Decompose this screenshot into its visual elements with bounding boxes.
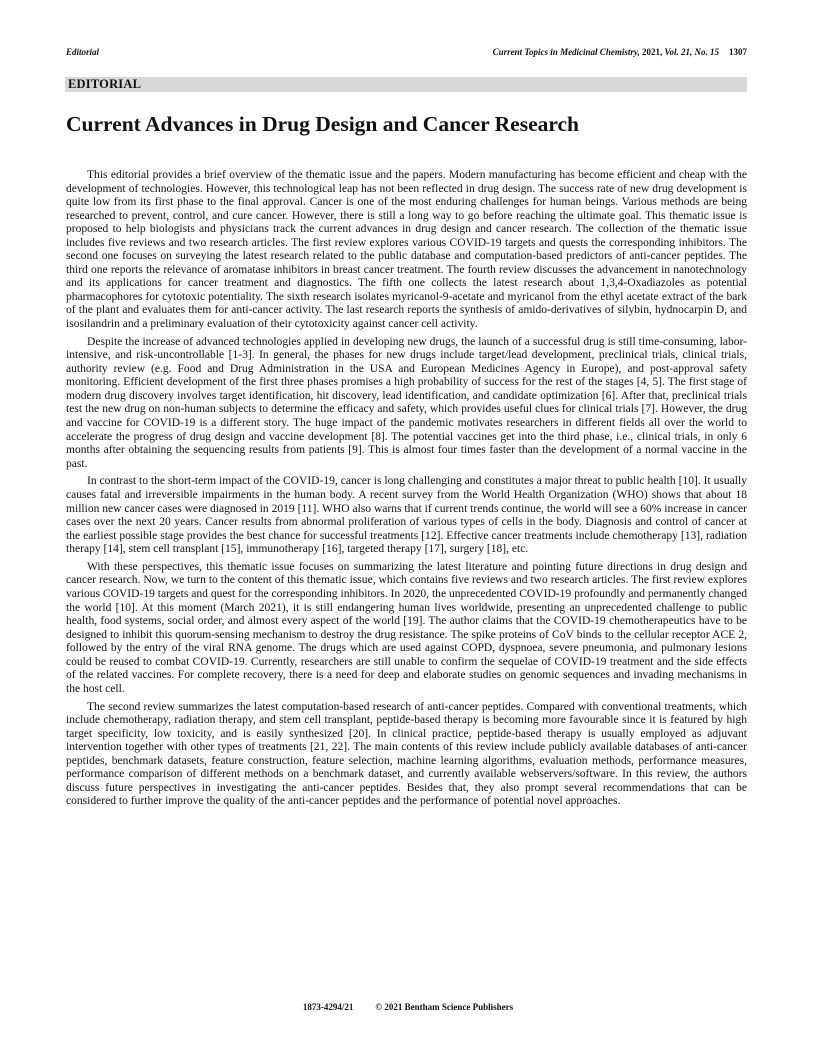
section-label: EDITORIAL: [68, 77, 141, 92]
section-label-bar: EDITORIAL: [65, 77, 747, 92]
footer-issn: 1873-4294/21: [303, 1002, 354, 1012]
journal-volume: Vol. 21, No. 15: [664, 47, 719, 57]
running-header-section: Editorial: [66, 47, 99, 57]
journal-name: Current Topics in Medicinal Chemistry,: [493, 47, 640, 57]
running-header-citation: Current Topics in Medicinal Chemistry, 2…: [493, 47, 747, 57]
running-header: Editorial Current Topics in Medicinal Ch…: [66, 47, 747, 61]
page-footer: 1873-4294/21© 2021 Bentham Science Publi…: [0, 1002, 816, 1012]
paragraph-1: This editorial provides a brief overview…: [66, 169, 747, 332]
paragraph-2: Despite the increase of advanced technol…: [66, 336, 747, 471]
paragraph-3: In contrast to the short-term impact of …: [66, 475, 747, 556]
page-number: 1307: [729, 47, 747, 57]
article-body: This editorial provides a brief overview…: [66, 169, 747, 813]
journal-year: 2021,: [640, 47, 665, 57]
footer-copyright: © 2021 Bentham Science Publishers: [375, 1002, 513, 1012]
article-title: Current Advances in Drug Design and Canc…: [66, 110, 579, 138]
paragraph-4: With these perspectives, this thematic i…: [66, 561, 747, 696]
paragraph-5: The second review summarizes the latest …: [66, 701, 747, 809]
